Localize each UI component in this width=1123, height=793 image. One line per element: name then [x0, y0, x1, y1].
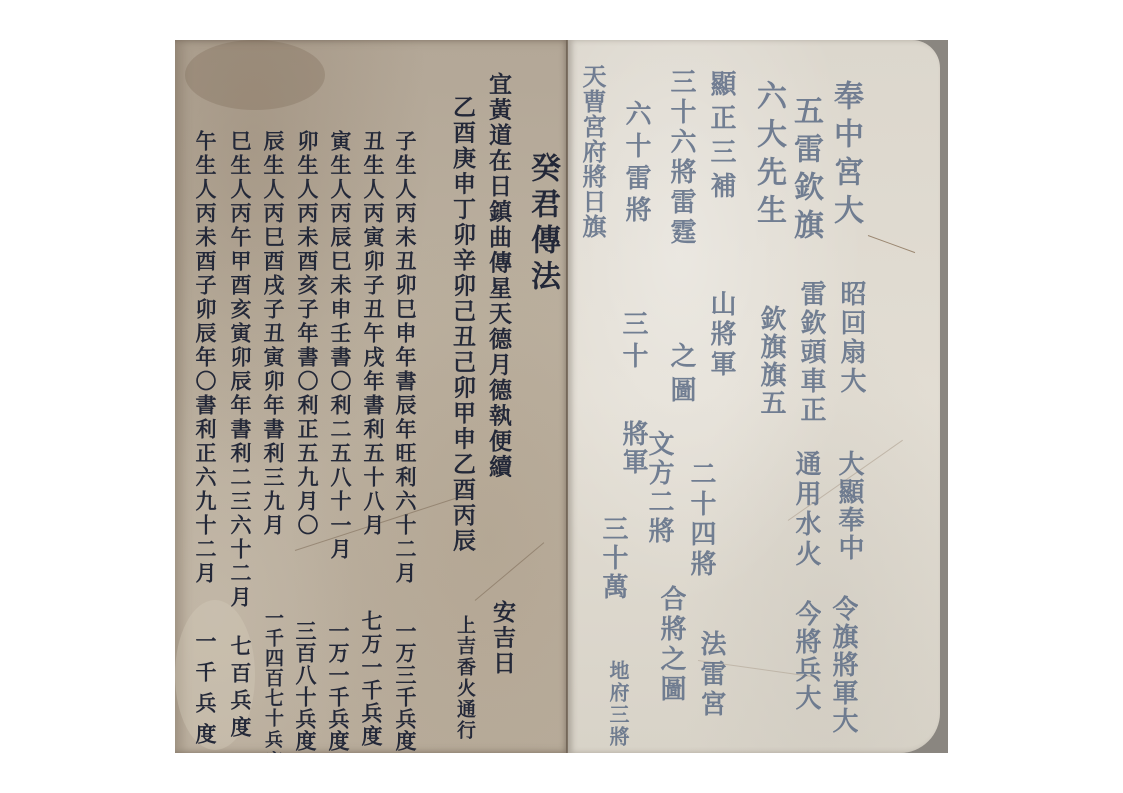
text-column: 雷欽頭車正 [798, 280, 824, 425]
text-column: 合將之圖 [658, 585, 684, 705]
note-column: 兵度 [263, 730, 281, 753]
paper-crack [475, 542, 545, 601]
text-column: 巳生人丙午甲酉亥寅卯辰年書利二三六十二月 [230, 130, 251, 610]
text-column: 地府三將 [608, 660, 628, 748]
paper-crack [868, 235, 915, 253]
right-page: 奉中宮大 五雷欽旗 六大先生 顯正三補 三十六將雷霆 六十雷將 天曹宮府將日旗 … [568, 40, 940, 753]
text-column: 三十六將雷霆 [668, 68, 694, 248]
text-column: 通用水火 [793, 450, 819, 570]
text-column: 大顯奉中 [836, 450, 862, 562]
manuscript-spread: 癸君傳法 宜黃道在日鎮曲傳星天德月德執便續 乙酉庚申丁卯辛卯己丑己卯甲申乙酉丙辰… [175, 40, 948, 753]
text-column: 今將兵大 [793, 600, 819, 712]
text-column: 子生人丙未丑卯巳申年書辰年旺利六十二月 [395, 130, 416, 586]
text-column: 五雷欽旗 [790, 95, 820, 247]
text-column: 奉中宮大 [830, 80, 860, 232]
note-column: 三百八十兵度 [295, 620, 316, 752]
note-column: 一万三千兵度 [395, 620, 416, 752]
note-column: 一千兵度 [195, 630, 216, 753]
text-column: 欽旗旗五 [758, 305, 784, 417]
text-column: 三十萬 [600, 515, 626, 602]
note-column: 一万一千兵度 [328, 620, 349, 752]
text-column: 辰生人丙巳酉戌子丑寅卯年書利三九月 [263, 130, 284, 538]
text-column: 寅生人丙辰巳未申壬書〇利二五八十一月 [330, 130, 351, 562]
left-page: 癸君傳法 宜黃道在日鎮曲傳星天德月德執便續 乙酉庚申丁卯辛卯己丑己卯甲申乙酉丙辰… [175, 40, 568, 753]
note-column: 七百兵度 [230, 635, 251, 743]
text-column: 乙酉庚申丁卯辛卯己丑己卯甲申乙酉丙辰 [451, 95, 474, 554]
note-column: 七万一千兵度 [361, 610, 382, 748]
note-column: 上吉香火通行 [455, 615, 474, 741]
text-column: 六大先生 [753, 80, 783, 232]
text-column: 法雷宮 [698, 630, 724, 720]
text-column: 六十雷將 [623, 100, 649, 228]
text-column: 令旗將軍大 [830, 595, 856, 735]
text-column: 天曹宮府將日旗 [580, 64, 604, 239]
text-column: 二十四將 [688, 460, 714, 580]
text-column: 將軍 [620, 420, 646, 476]
section-title: 癸君傳法 [527, 152, 557, 296]
text-column: 山將軍 [708, 290, 734, 380]
text-column: 之圖 [668, 342, 694, 410]
text-column: 宜黃道在日鎮曲傳星天德月德執便續 [487, 72, 510, 480]
text-column: 丑生人丙寅卯子丑午戌年書利五十八月 [363, 130, 384, 538]
text-column: 卯生人丙未酉亥子年書〇利正五九月〇 [297, 130, 318, 538]
paper-stain [185, 40, 325, 110]
text-column: 三十 [620, 310, 646, 374]
text-column: 午生人丙未酉子卯辰年〇書利正六九十二月 [195, 130, 216, 586]
text-column: 文方二將 [646, 430, 672, 546]
text-column: 顯正三補 [708, 70, 734, 206]
note-column: 安吉日 [491, 600, 514, 677]
note-column: 一千四百七十 [263, 608, 282, 728]
text-column: 昭回扇大 [838, 280, 864, 396]
